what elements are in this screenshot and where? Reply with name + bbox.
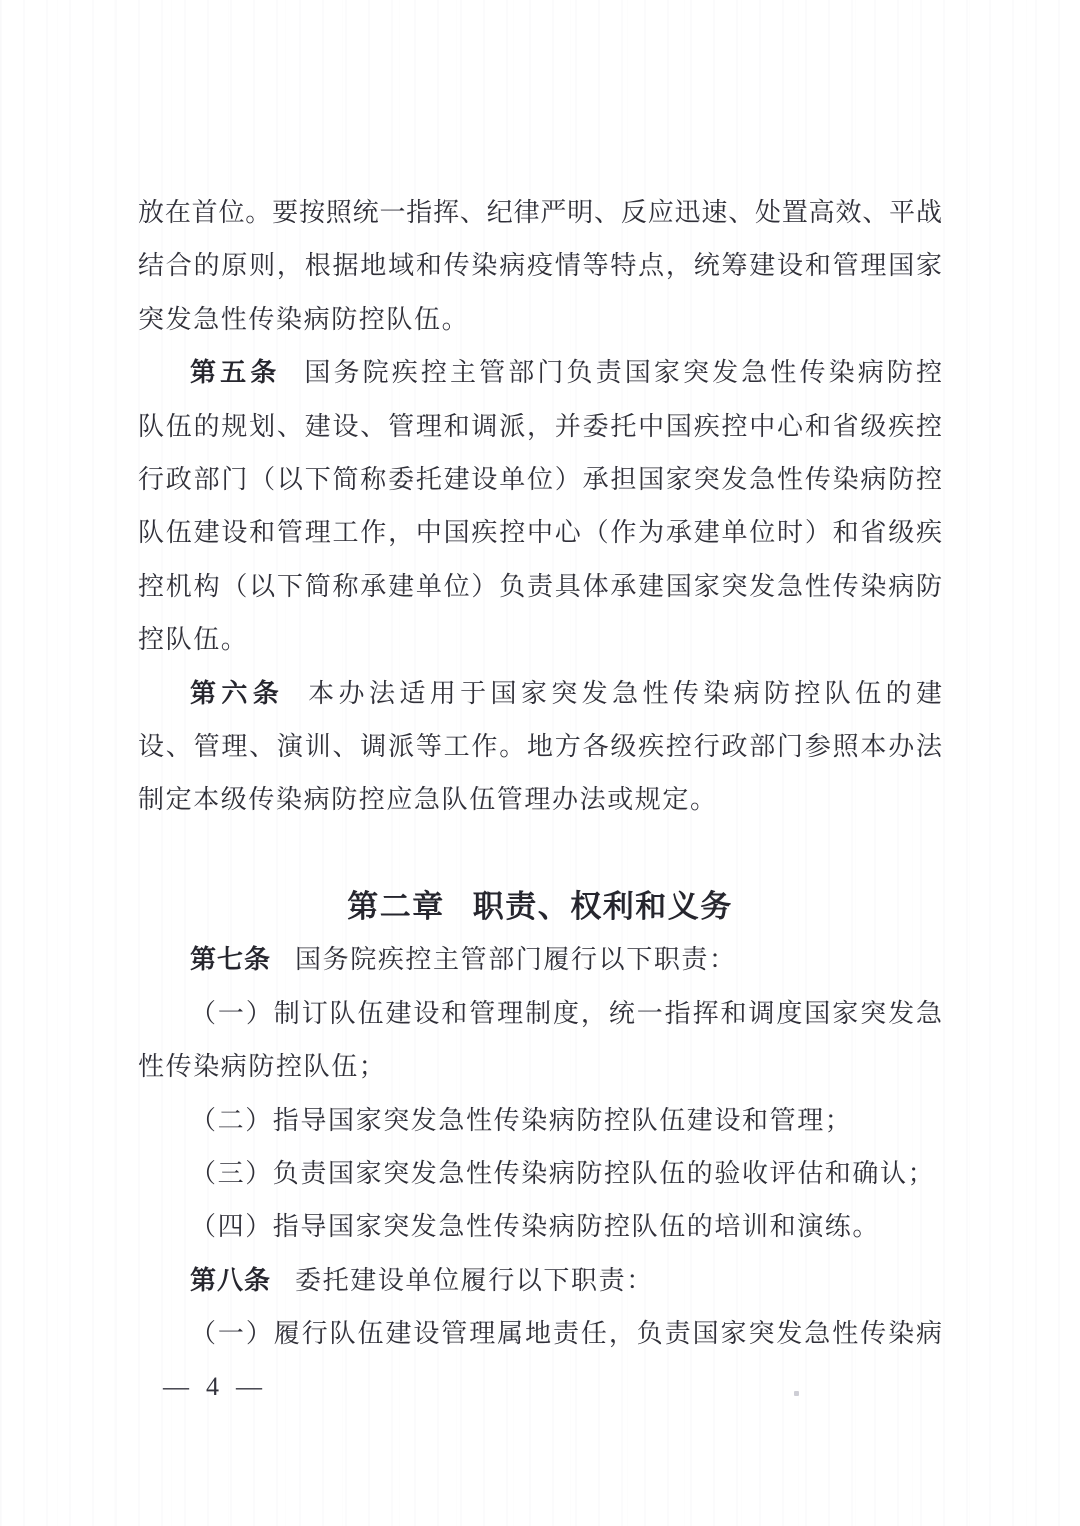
body-line: 队伍的规划、建设、管理和调派，并委托中国疾控中心和省级疾控 [138, 400, 942, 453]
page-number-footer: —4— [163, 1362, 262, 1412]
body-line: 控队伍。 [138, 613, 942, 666]
body-line-text: （一）制订队伍建设和管理制度，统一指挥和调度国家突发急 [190, 999, 942, 1028]
body-line: 放在首位。要按照统一指挥、纪律严明、反应迅速、处置高效、平战 [138, 186, 942, 239]
body-line-text: （三）负责国家突发急性传染病防控队伍的验收评估和确认； [190, 1159, 935, 1188]
scan-artifact-dot [794, 1391, 799, 1396]
body-line: 控机构（以下简称承建单位）负责具体承建国家突发急性传染病防 [138, 560, 942, 613]
body-line-text: 国务院疾控主管部门负责国家突发急性传染病防控 [304, 358, 942, 387]
body-line-text: 结合的原则，根据地域和传染病疫情等特点，统筹建设和管理国家 [138, 251, 942, 280]
body-line-text: （二）指导国家突发急性传染病防控队伍建设和管理； [190, 1106, 852, 1135]
body-line-text: 控队伍。 [138, 625, 248, 654]
document-page-body: 放在首位。要按照统一指挥、纪律严明、反应迅速、处置高效、平战 结合的原则，根据地… [138, 186, 942, 1361]
body-line-text: 本办法适用于国家突发急性传染病防控队伍的建 [308, 679, 942, 708]
body-line-text: （四）指导国家突发急性传染病防控队伍的培训和演练。 [190, 1212, 880, 1241]
body-line-text: 放在首位。要按照统一指挥、纪律严明、反应迅速、处置高效、平战 [138, 198, 942, 227]
footer-left-dash: — [163, 1372, 189, 1401]
body-line-text: 突发急性传染病防控队伍。 [138, 305, 469, 334]
body-line: （三）负责国家突发急性传染病防控队伍的验收评估和确认； [138, 1147, 942, 1200]
article-number-label: 第六条 [190, 678, 284, 708]
chapter-title: 职责、权利和义务 [473, 889, 733, 924]
body-line: 设、管理、演训、调派等工作。地方各级疾控行政部门参照本办法 [138, 720, 942, 773]
body-line-text: 国务院疾控主管部门履行以下职责： [295, 945, 737, 974]
body-line: 第七条国务院疾控主管部门履行以下职责： [138, 933, 942, 986]
body-line: 第五条国务院疾控主管部门负责国家突发急性传染病防控 [138, 346, 942, 399]
body-line-text: 制定本级传染病防控应急队伍管理办法或规定。 [138, 785, 718, 814]
chapter-heading: 第二章职责、权利和义务 [138, 880, 942, 933]
page-number: 4 [206, 1372, 219, 1401]
body-line: （二）指导国家突发急性传染病防控队伍建设和管理； [138, 1094, 942, 1147]
body-line: 队伍建设和管理工作，中国疾控中心（作为承建单位时）和省级疾 [138, 506, 942, 559]
body-line-text: 控机构（以下简称承建单位）负责具体承建国家突发急性传染病防 [138, 572, 942, 601]
body-line: （四）指导国家突发急性传染病防控队伍的培训和演练。 [138, 1200, 942, 1253]
body-line-text: 队伍建设和管理工作，中国疾控中心（作为承建单位时）和省级疾 [138, 518, 942, 547]
body-line: 突发急性传染病防控队伍。 [138, 293, 942, 346]
body-line-text: 设、管理、演训、调派等工作。地方各级疾控行政部门参照本办法 [138, 732, 942, 761]
body-line-text: （一）履行队伍建设管理属地责任，负责国家突发急性传染病 [190, 1319, 942, 1348]
article-number-label: 第八条 [190, 1265, 271, 1295]
body-line: 行政部门（以下简称委托建设单位）承担国家突发急性传染病防控 [138, 453, 942, 506]
chapter-number: 第二章 [347, 889, 445, 924]
body-line: （一）履行队伍建设管理属地责任，负责国家突发急性传染病 [138, 1307, 942, 1360]
body-line: 第八条委托建设单位履行以下职责： [138, 1254, 942, 1307]
body-line-text: 行政部门（以下简称委托建设单位）承担国家突发急性传染病防控 [138, 465, 942, 494]
body-line-text: 委托建设单位履行以下职责： [295, 1266, 654, 1295]
footer-right-dash: — [236, 1372, 262, 1401]
body-line: 第六条本办法适用于国家突发急性传染病防控队伍的建 [138, 667, 942, 720]
body-line-text: 性传染病防控队伍； [138, 1052, 386, 1081]
body-line: 结合的原则，根据地域和传染病疫情等特点，统筹建设和管理国家 [138, 239, 942, 292]
body-line: 制定本级传染病防控应急队伍管理办法或规定。 [138, 773, 942, 826]
blank-line [138, 827, 942, 880]
body-line-text: 队伍的规划、建设、管理和调派，并委托中国疾控中心和省级疾控 [138, 412, 942, 441]
article-number-label: 第七条 [190, 944, 271, 974]
body-line: 性传染病防控队伍； [138, 1040, 942, 1093]
article-number-label: 第五条 [190, 357, 280, 387]
body-line: （一）制订队伍建设和管理制度，统一指挥和调度国家突发急 [138, 987, 942, 1040]
